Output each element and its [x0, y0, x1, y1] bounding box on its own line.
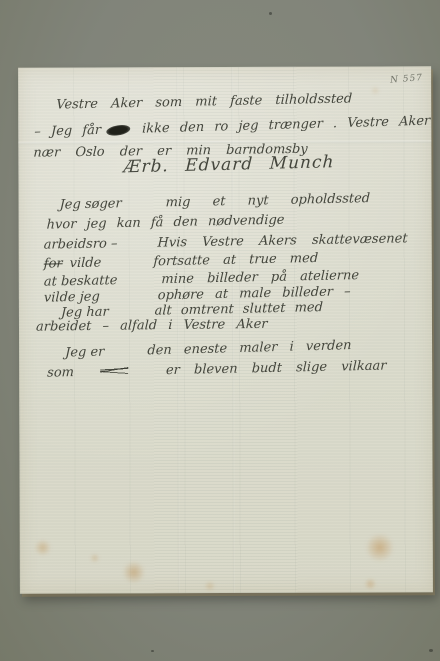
crossed-out-scribble	[100, 367, 128, 377]
line-text: mig et nyt opholdssted	[165, 191, 370, 210]
line-text: vilde jeg	[44, 289, 100, 305]
stain	[364, 578, 377, 589]
photo-backdrop: N 557 Vestre Aker som mit faste tilholds…	[0, 0, 440, 661]
letter-line-12: arbeidet – alfald i Vestre Aker	[36, 318, 268, 335]
ink-blot	[106, 124, 131, 137]
line-text: alt omtrent sluttet med	[154, 300, 323, 319]
letter-line-13: Jeg erden eneste maler i verden	[65, 339, 352, 361]
line-text: som	[47, 365, 74, 381]
archive-number: N 557	[390, 73, 424, 85]
line-text: Jeg er	[65, 345, 105, 361]
line-text: er bleven budt slige vilkaar	[166, 359, 387, 379]
letter-line-08: forvildefortsatte at true med	[44, 252, 319, 272]
stain	[90, 553, 100, 562]
signature-line: Ærb. Edvard Munch	[123, 155, 335, 174]
line-text: arbeidet – alfald i Vestre Aker	[36, 317, 268, 335]
line-text: Vestre Aker som mit faste tilholdssted	[56, 91, 352, 112]
letter-line-14: somer bleven budt slige vilkaar	[47, 360, 387, 381]
dust-speck	[429, 649, 433, 652]
stain	[366, 532, 394, 562]
line-text: fortsatte at true med	[153, 251, 318, 269]
line-text: vilde	[69, 255, 101, 271]
letter-line-05: Jeg søgermig et nyt opholdssted	[59, 192, 370, 213]
line-text: Jeg søger	[59, 196, 122, 212]
stain	[370, 86, 380, 94]
stain	[34, 540, 52, 556]
letter-line-01: Vestre Aker som mit faste tilholdssted	[56, 92, 352, 112]
line-text: ikke den ro jeg trænger . Vestre Aker	[142, 114, 431, 137]
letter-page: N 557 Vestre Aker som mit faste tilholds…	[18, 66, 433, 593]
stain	[122, 561, 146, 583]
signature-text: Ærb. Edvard Munch	[123, 152, 335, 177]
stain	[204, 581, 216, 591]
letter-line-06: hvor jeg kan få den nødvendige	[46, 214, 284, 233]
dust-speck	[151, 650, 154, 652]
line-text: at beskatte	[44, 273, 118, 290]
dust-speck	[269, 12, 272, 15]
crossed-out-word: for	[44, 256, 63, 271]
letter-line-07: arbeidsro –Hvis Vestre Akers skattevæsen…	[43, 232, 407, 252]
line-text: – Jeg får	[34, 123, 101, 140]
line-text: hvor jeg kan få den nødvendige	[46, 213, 284, 233]
line-text: Hvis Vestre Akers skattevæsenet	[157, 231, 408, 250]
line-text: arbeidsro –	[43, 236, 117, 252]
